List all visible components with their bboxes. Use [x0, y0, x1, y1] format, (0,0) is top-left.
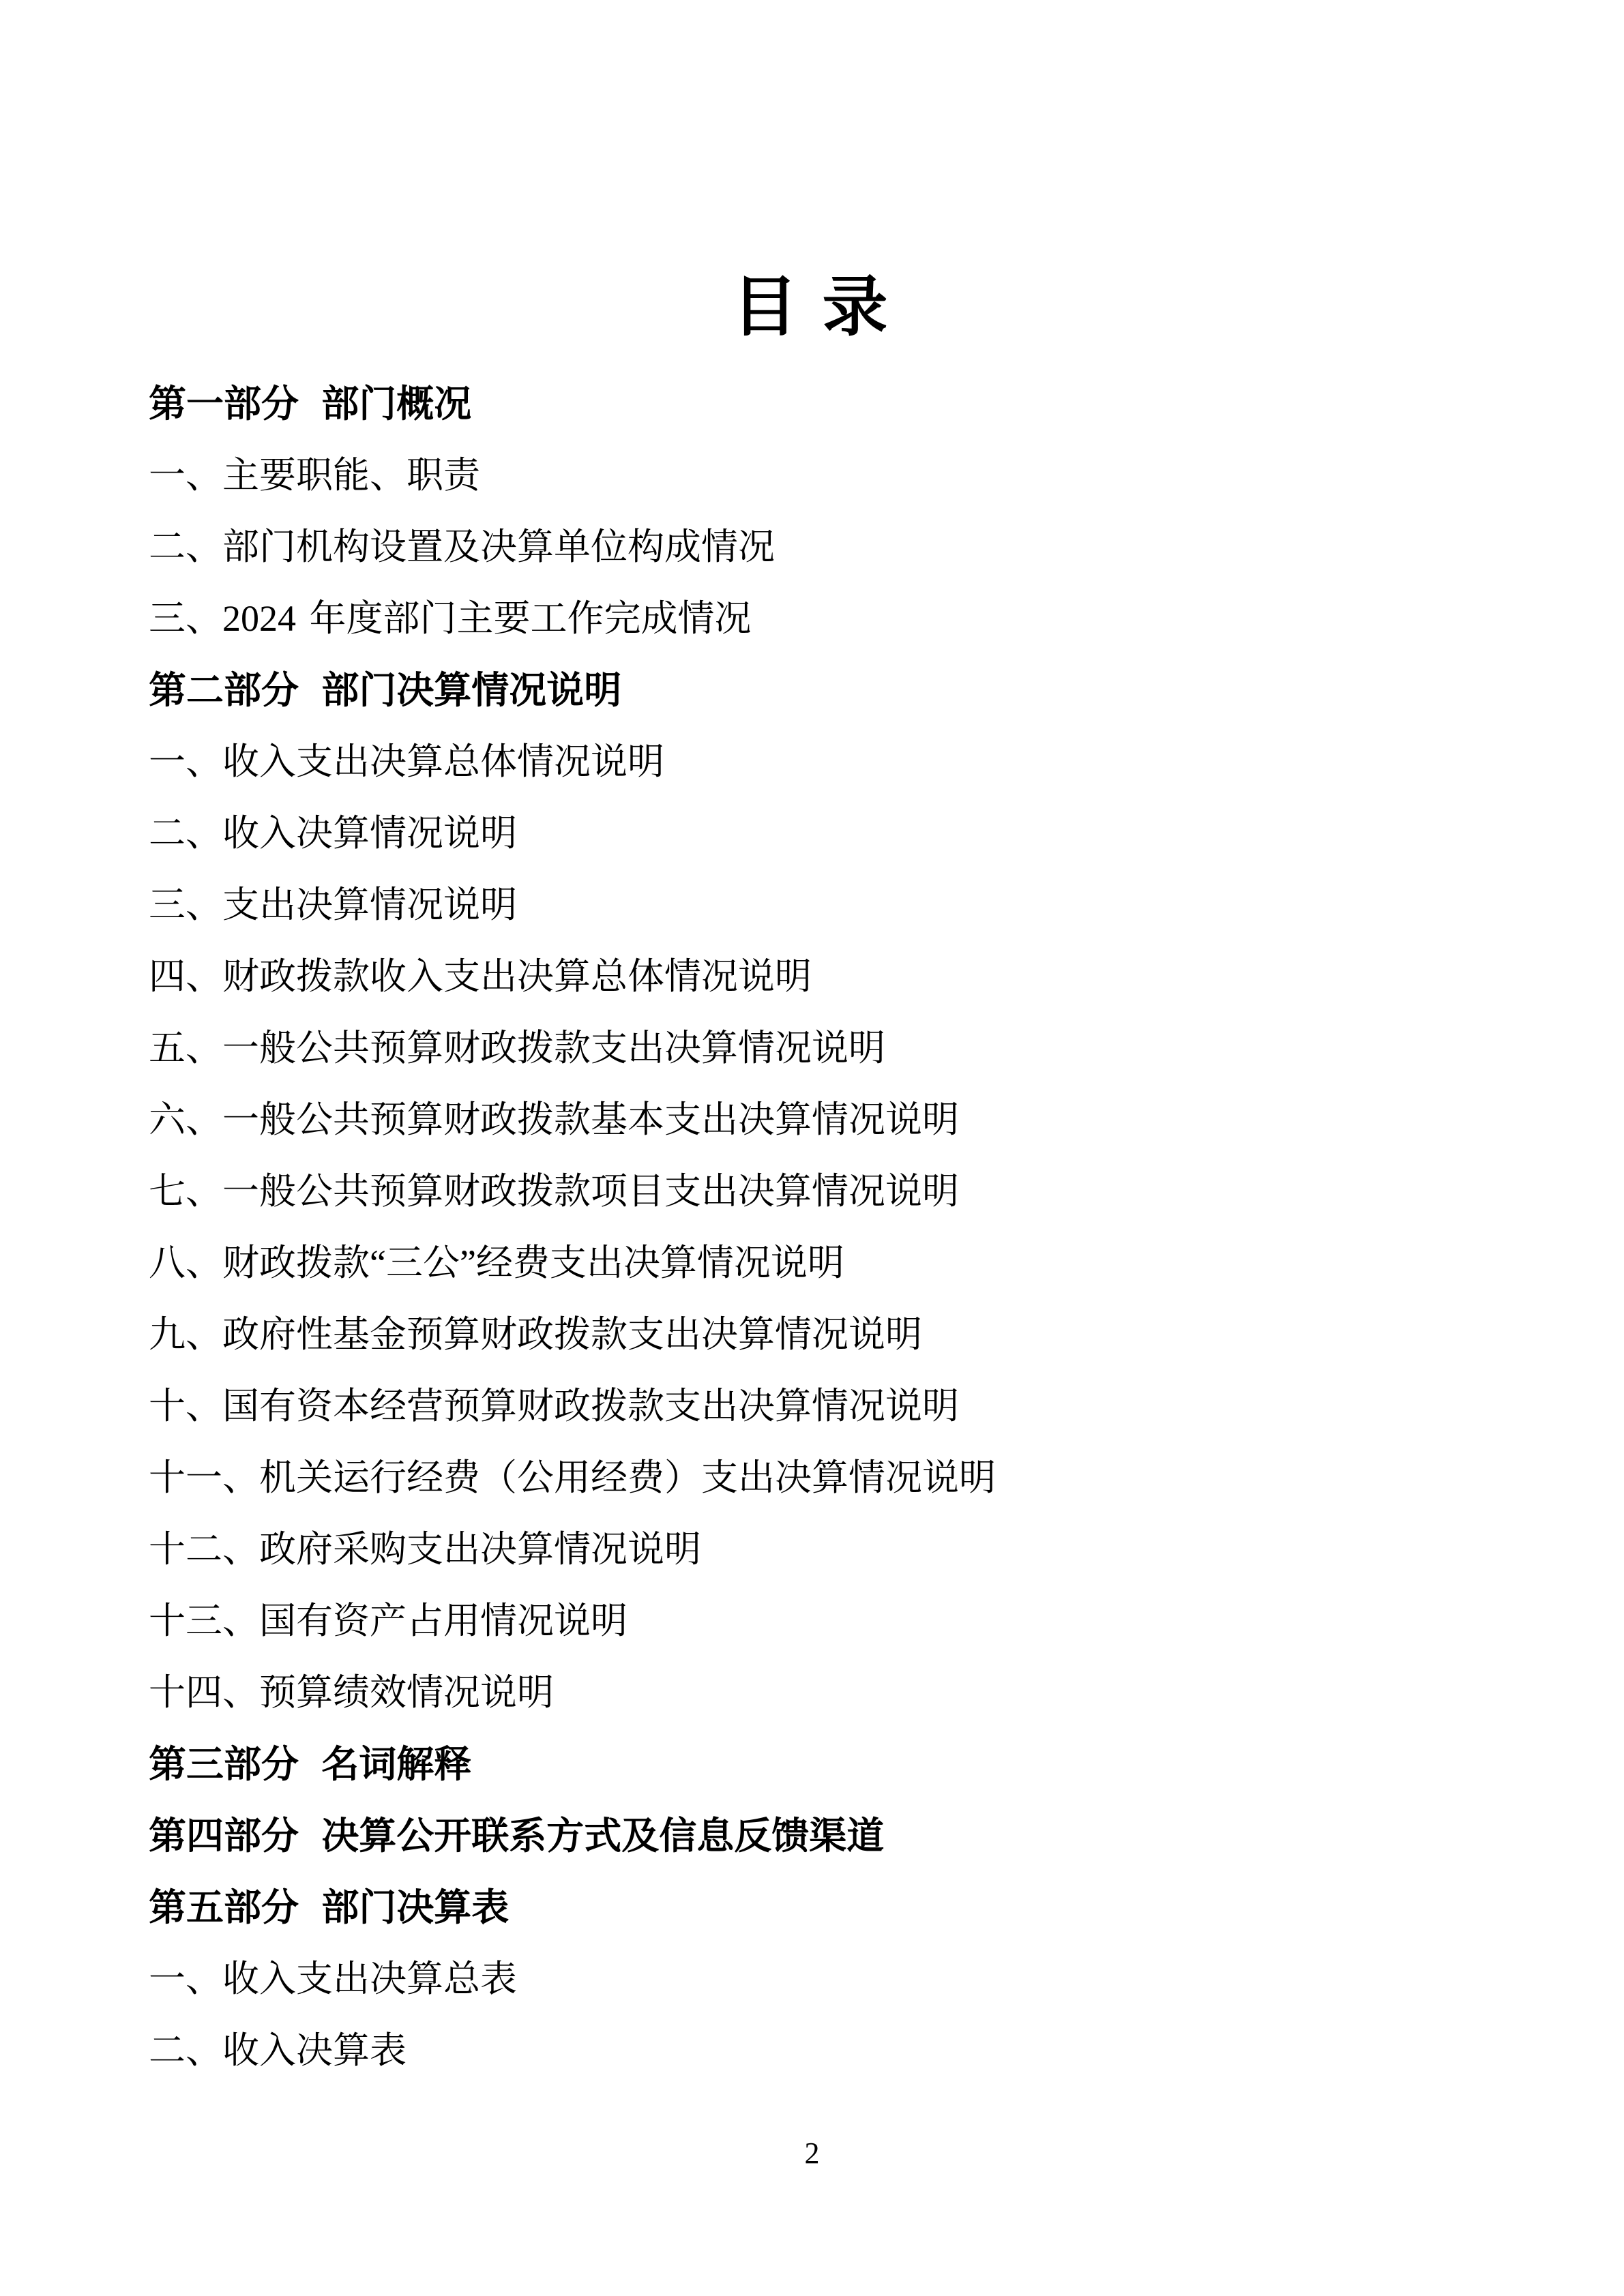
- toc-section-heading: 第四部分 决算公开联系方式及信息反馈渠道: [149, 1800, 884, 1872]
- toc-section-heading: 第二部分 部门决算情况说明: [149, 655, 621, 726]
- document-page: 目 录 第一部分 部门概况一、主要职能、职责二、部门机构设置及决算单位构成情况三…: [0, 0, 1624, 2296]
- toc-item: 十四、预算绩效情况说明: [149, 1657, 554, 1729]
- toc-item: 九、政府性基金预算财政拨款支出决算情况说明: [149, 1299, 922, 1371]
- toc-section-heading: 第三部分 名词解释: [149, 1729, 471, 1800]
- toc-item: 二、收入决算表: [149, 2015, 407, 2087]
- toc-item: 三、2024 年度部门主要工作完成情况: [149, 583, 752, 655]
- toc-item: 二、收入决算情况说明: [149, 798, 517, 869]
- toc-item: 五、一般公共预算财政拨款支出决算情况说明: [149, 1013, 885, 1084]
- toc-item: 十一、机关运行经费（公用经费）支出决算情况说明: [149, 1442, 996, 1514]
- toc-item: 十、国有资本经营预算财政拨款支出决算情况说明: [149, 1371, 959, 1442]
- toc-item: 六、一般公共预算财政拨款基本支出决算情况说明: [149, 1084, 959, 1156]
- toc-item: 十三、国有资产占用情况说明: [149, 1585, 628, 1657]
- toc-section-heading: 第五部分 部门决算表: [149, 1872, 509, 1943]
- toc-item: 七、一般公共预算财政拨款项目支出决算情况说明: [149, 1156, 959, 1227]
- toc-item: 三、支出决算情况说明: [149, 869, 517, 941]
- toc-item: 一、收入支出决算总表: [149, 1943, 517, 2015]
- toc-item: 八、财政拨款“三公”经费支出决算情况说明: [149, 1227, 844, 1299]
- toc-item: 四、财政拨款收入支出决算总体情况说明: [149, 941, 812, 1013]
- toc-item: 一、主要职能、职责: [149, 440, 480, 511]
- toc-section-heading: 第一部分 部门概况: [149, 368, 471, 440]
- table-of-contents: 第一部分 部门概况一、主要职能、职责二、部门机构设置及决算单位构成情况三、202…: [0, 0, 1624, 2296]
- page-number: 2: [0, 2133, 1624, 2174]
- toc-item: 二、部门机构设置及决算单位构成情况: [149, 511, 775, 583]
- toc-item: 十二、政府采购支出决算情况说明: [149, 1514, 701, 1585]
- toc-item: 一、收入支出决算总体情况说明: [149, 726, 664, 798]
